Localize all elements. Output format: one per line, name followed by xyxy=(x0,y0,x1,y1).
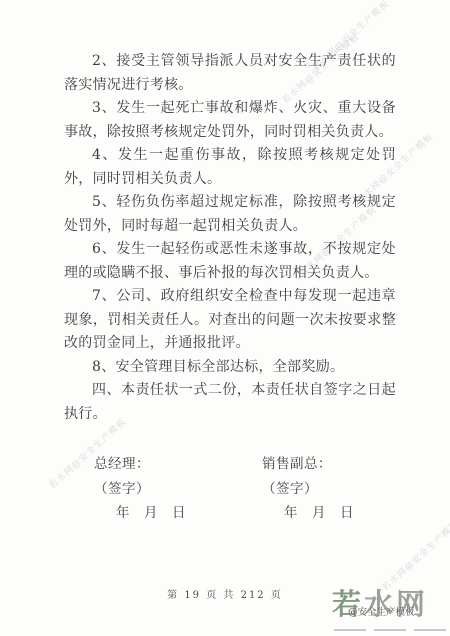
site-watermark-logo: 若水网 @安全生产模板 xyxy=(332,584,450,632)
paragraph: 4、发生一起重伤事故，除按照考核规定处罚外，同时罚相关负责人。 xyxy=(64,144,396,191)
site-watermark-underline xyxy=(334,629,446,632)
signature-role-label: 总经理： xyxy=(94,452,230,477)
paragraph: 2、接受主管领导指派人员对安全生产责任状的落实情况进行考核。 xyxy=(64,50,396,97)
paragraph: 5、轻伤负伤率超过规定标准，除按照考核规定处罚外，同时每超一起罚相关负责人。 xyxy=(64,191,396,238)
signature-role-label: 销售副总： xyxy=(262,452,396,477)
signature-sign-label: （签字） xyxy=(94,477,230,502)
signature-left-column: 总经理： （签字） 年 月 日 xyxy=(64,452,230,526)
diagonal-watermark: 若水网@安全生产模板 xyxy=(379,517,450,594)
paragraph: 7、公司、政府组织安全检查中每发现一起违章现象，罚相关责任人。对查出的问题一次未… xyxy=(64,285,396,356)
signature-right-column: 销售副总： （签字） 年 月 日 xyxy=(230,452,396,526)
paragraph: 6、发生一起轻伤或恶性未遂事故，不按规定处理的或隐瞒不报、事后补报的每次罚相关负… xyxy=(64,238,396,285)
document-body: 2、接受主管领导指派人员对安全生产责任状的落实情况进行考核。 3、发生一起死亡事… xyxy=(64,50,396,426)
signature-date-label: 年 月 日 xyxy=(94,501,230,526)
signature-sign-label: （签字） xyxy=(262,477,396,502)
paragraph: 3、发生一起死亡事故和爆炸、火灾、重大设备事故，除按照考核规定处罚外，同时罚相关… xyxy=(64,97,396,144)
document-page: 若水网@安全生产模板 若水网@安全生产模板 若水网@安全生产模板 若水网@安全生… xyxy=(0,0,450,636)
signature-block: 总经理： （签字） 年 月 日 销售副总： （签字） 年 月 日 xyxy=(64,452,396,526)
signature-date-label: 年 月 日 xyxy=(262,501,396,526)
paragraph: 四、本责任状一式二份，本责任状自签字之日起执行。 xyxy=(64,379,396,426)
paragraph: 8、安全管理目标全部达标，全部奖励。 xyxy=(64,356,396,380)
site-watermark-overlay: @安全生产模板 xyxy=(348,604,415,618)
